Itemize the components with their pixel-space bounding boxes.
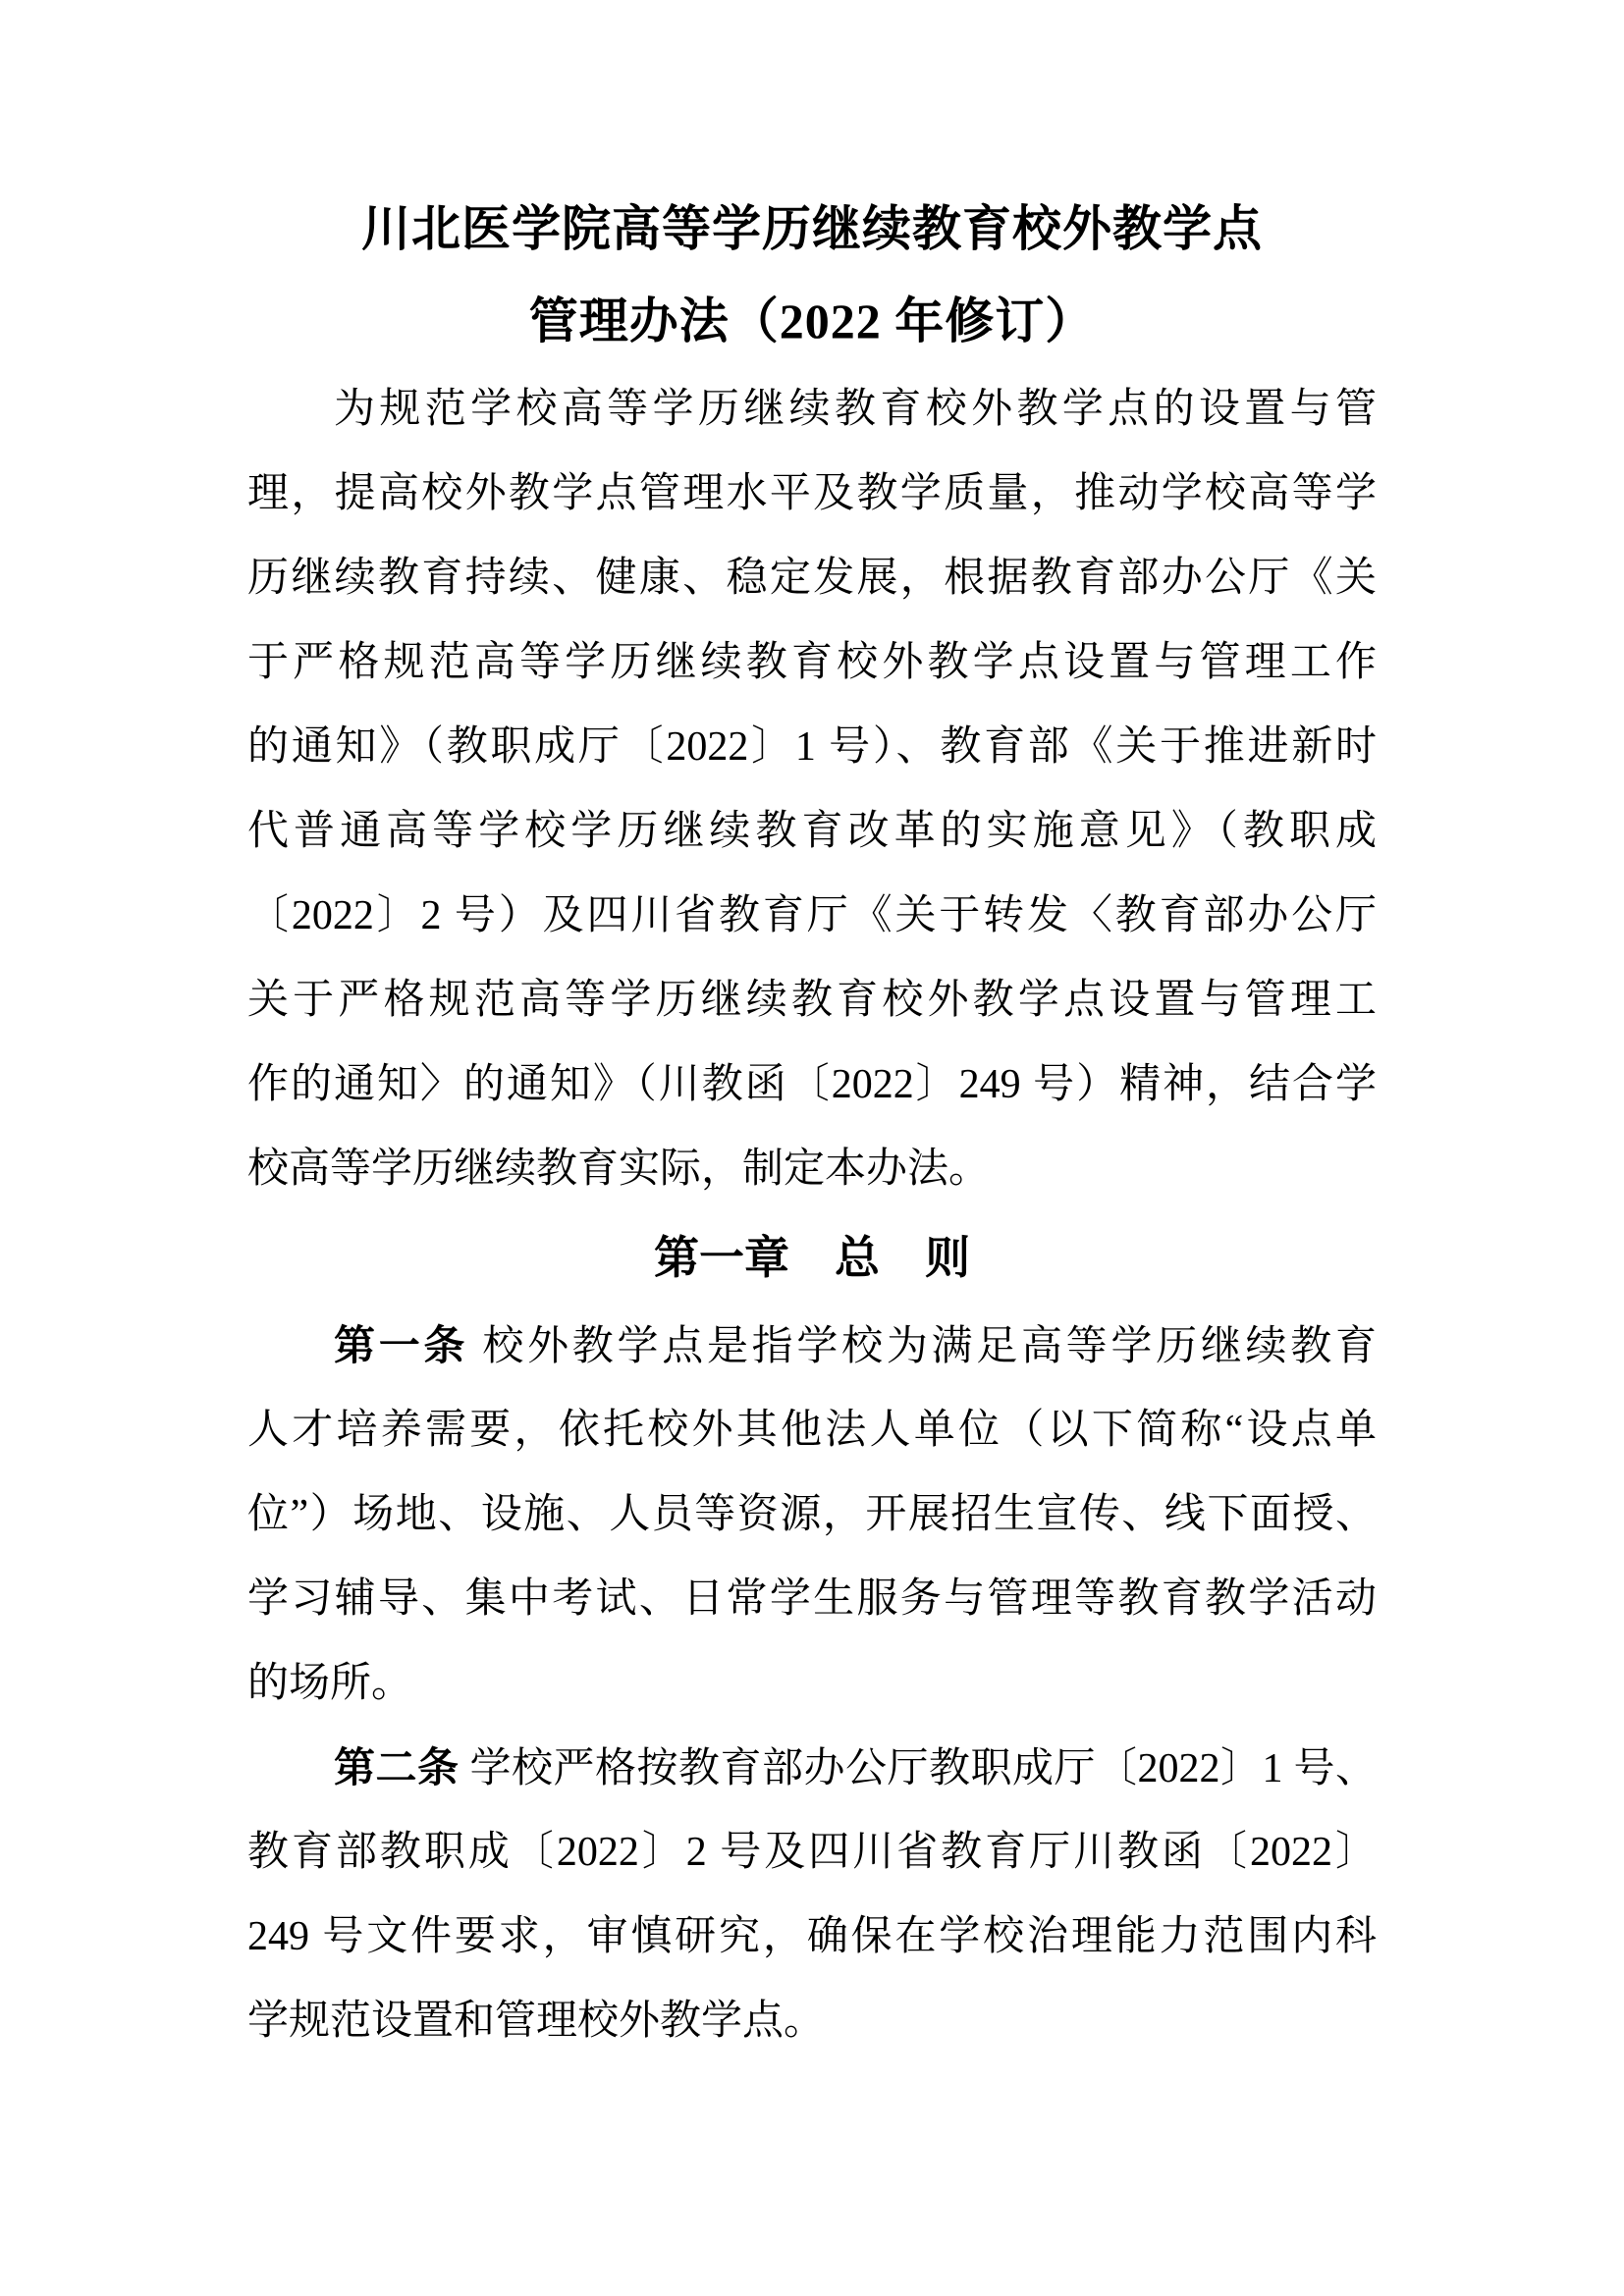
text-line: 理，提高校外教学点管理水平及教学质量，推动学校高等学 — [247, 452, 1377, 536]
text-line: 第一条 校外教学点是指学校为满足高等学历继续教育 — [247, 1304, 1377, 1388]
article-2-first-line: 学校严格按教育部办公厅教职成厅〔2022〕1 号、 — [460, 1746, 1377, 1791]
article-2: 第二条 学校严格按教育部办公厅教职成厅〔2022〕1 号、 教育部教职成〔202… — [247, 1726, 1377, 2063]
text-line: 的通知》（教职成厅〔2022〕1 号）、教育部《关于推进新时 — [247, 705, 1377, 789]
text-line: 人才培养需要，依托校外其他法人单位（以下简称“设点单 — [247, 1388, 1377, 1472]
article-1-first-line: 校外教学点是指学校为满足高等学历继续教育 — [468, 1324, 1377, 1369]
text-line: 位”）场地、设施、人员等资源，开展招生宣传、线下面授、 — [247, 1472, 1377, 1557]
text-line: 代普通高等学校学历继续教育改革的实施意见》（教职成 — [247, 789, 1377, 874]
text-line: 历继续教育持续、健康、稳定发展，根据教育部办公厅《关 — [247, 536, 1377, 620]
title-line-2: 管理办法（2022 年修订） — [247, 275, 1377, 367]
text-line: 校高等学历继续教育实际，制定本办法。 — [247, 1127, 1377, 1211]
document-title: 川北医学院高等学历继续教育校外教学点 管理办法（2022 年修订） — [247, 183, 1377, 367]
article-1-label: 第一条 — [334, 1322, 468, 1368]
text-line: 于严格规范高等学历继续教育校外教学点设置与管理工作 — [247, 620, 1377, 705]
article-1: 第一条 校外教学点是指学校为满足高等学历继续教育 人才培养需要，依托校外其他法人… — [247, 1304, 1377, 1726]
text-line: 第二条 学校严格按教育部办公厅教职成厅〔2022〕1 号、 — [247, 1726, 1377, 1810]
text-line: 作的通知〉的通知》（川教函〔2022〕249 号）精神，结合学 — [247, 1042, 1377, 1127]
text-line: 学习辅导、集中考试、日常学生服务与管理等教育教学活动 — [247, 1557, 1377, 1641]
text-line: 学规范设置和管理校外教学点。 — [247, 1979, 1377, 2063]
intro-paragraph: 为规范学校高等学历继续教育校外教学点的设置与管 理，提高校外教学点管理水平及教学… — [247, 367, 1377, 1211]
text-line: 教育部教职成〔2022〕2 号及四川省教育厅川教函〔2022〕 — [247, 1810, 1377, 1895]
chapter-1-heading: 第一章 总 则 — [247, 1211, 1377, 1304]
text-line: 〔2022〕2 号）及四川省教育厅《关于转发〈教育部办公厅 — [247, 874, 1377, 958]
title-line-1: 川北医学院高等学历继续教育校外教学点 — [247, 183, 1377, 275]
text-line: 249 号文件要求，审慎研究，确保在学校治理能力范围内科 — [247, 1895, 1377, 1979]
article-2-label: 第二条 — [334, 1744, 460, 1790]
document-page: 川北医学院高等学历继续教育校外教学点 管理办法（2022 年修订） 为规范学校高… — [0, 0, 1624, 2296]
text-line: 关于严格规范高等学历继续教育校外教学点设置与管理工 — [247, 958, 1377, 1042]
text-line: 为规范学校高等学历继续教育校外教学点的设置与管 — [247, 367, 1377, 452]
text-line: 的场所。 — [247, 1641, 1377, 1726]
